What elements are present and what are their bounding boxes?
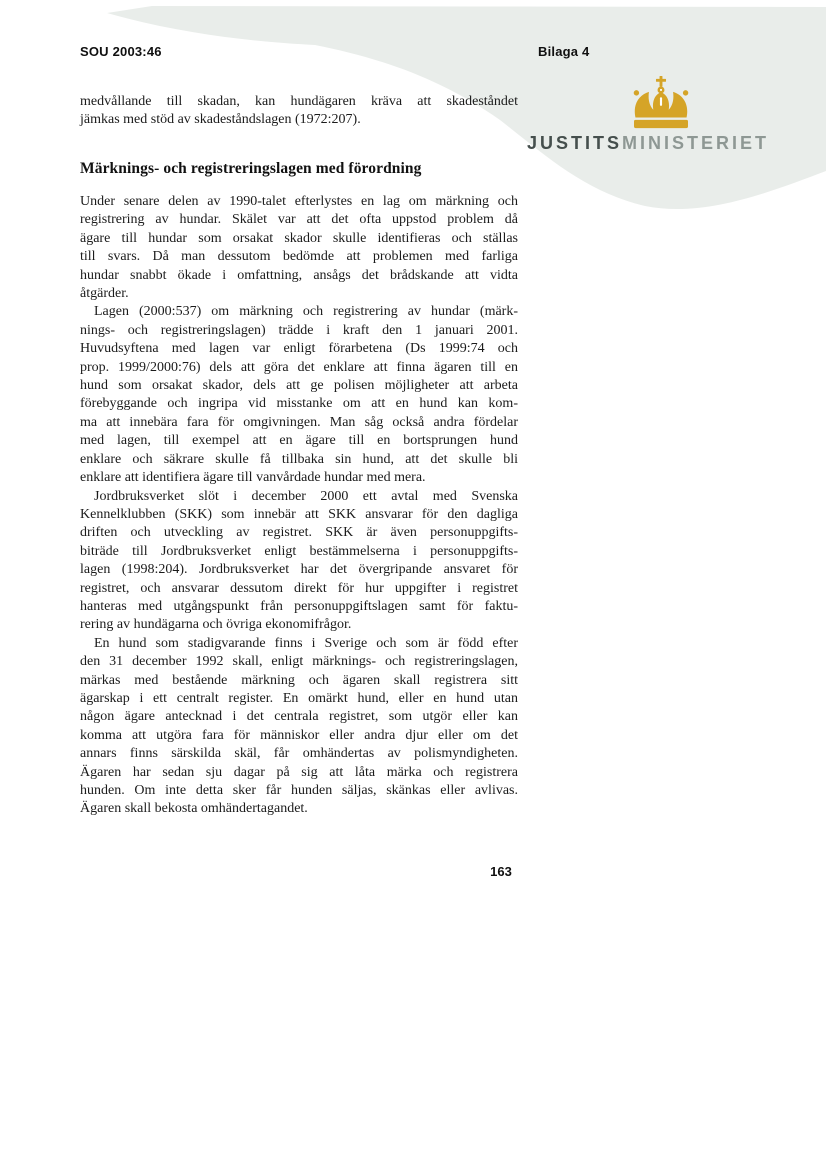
text-line: hundar snabbt ökade i omfattning, ansågs…: [80, 267, 518, 285]
text-line: nings- och registreringslagen) trädde i …: [80, 322, 518, 340]
text-line: ägarskap i ett centralt register. En omä…: [80, 690, 518, 708]
text-line: lagen (1998:204). Jordbruksverket har de…: [80, 561, 518, 579]
text-line: Under senare delen av 1990-talet efterly…: [80, 193, 518, 211]
text-line: enklare och säkrare skulle få tillbaka s…: [80, 451, 518, 469]
text-line: enklare att identifiera ägare till vanvå…: [80, 469, 518, 487]
text-line: medvållande till skadan, kan hundägaren …: [80, 93, 518, 111]
text-line: registrering av hundar. Skälet var att d…: [80, 211, 518, 229]
text-line: Ägaren har sedan sju dagar på sig att lå…: [80, 764, 518, 782]
text-line: märkas med bestående märkning och ägaren…: [80, 672, 518, 690]
text-line: någon ägare antecknad i det centrala reg…: [80, 708, 518, 726]
text-line: Ägaren skall bekosta omhändertagandet.: [80, 800, 518, 818]
ministry-wordmark: JUSTITSMINISTERIET: [527, 132, 819, 154]
text-line: En hund som stadigvarande finns i Sverig…: [80, 635, 518, 653]
text-line: rering av hundägarna och övriga ekonomif…: [80, 616, 518, 634]
text-line: ägare till hundar som orsakat skador sku…: [80, 230, 518, 248]
text-line: Jordbruksverket slöt i december 2000 ett…: [80, 488, 518, 506]
document-page: SOU 2003:46 Bilaga 4 JUSTITSMINISTERIET …: [0, 0, 826, 1169]
section-heading: Märknings- och registreringslagen med fö…: [80, 160, 540, 178]
paragraph: Lagen (2000:537) om märkning och registr…: [80, 303, 518, 487]
text-line: jämkas med stöd av skadeståndslagen (197…: [80, 111, 518, 129]
intro-fragment-paragraph: medvållande till skadan, kan hundägaren …: [80, 93, 518, 130]
appendix-label: Bilaga 4: [538, 44, 589, 59]
paragraph: En hund som stadigvarande finns i Sverig…: [80, 635, 518, 819]
text-line: med lagen, till exempel att en ägare til…: [80, 432, 518, 450]
text-line: prop. 1999/2000:76) dels att göra det en…: [80, 359, 518, 377]
paragraph: Under senare delen av 1990-talet efterly…: [80, 193, 518, 303]
text-line: driften och utveckling av registret. SKK…: [80, 524, 518, 542]
ministry-wordmark-dark: JUSTITS: [527, 133, 622, 153]
text-line: Lagen (2000:537) om märkning och registr…: [80, 303, 518, 321]
paragraph: Jordbruksverket slöt i december 2000 ett…: [80, 488, 518, 635]
text-line: annars finns särskilda skäl, får omhände…: [80, 745, 518, 763]
crown-icon: [629, 76, 693, 130]
text-line: hunden. Om inte detta sker får hunden sä…: [80, 782, 518, 800]
text-line: den 31 december 1992 skall, enligt märkn…: [80, 653, 518, 671]
text-line: Huvudsyftena med lagen var enligt förarb…: [80, 340, 518, 358]
text-line: hanteras med utgångspunkt från personupp…: [80, 598, 518, 616]
text-line: till svars. Då man dessutom bedömde att …: [80, 248, 518, 266]
page-number: 163: [476, 864, 526, 879]
text-line: förebyggande och ingripa vid misstanke o…: [80, 395, 518, 413]
text-line: biträde till Jordbruksverket enligt best…: [80, 543, 518, 561]
ministry-wordmark-light: MINISTERIET: [622, 133, 769, 153]
text-line: komma att utgöra fara för människor elle…: [80, 727, 518, 745]
text-line: registret, och ansvarar dessutom direkt …: [80, 580, 518, 598]
document-reference: SOU 2003:46: [80, 44, 162, 59]
text-line: åtgärder.: [80, 285, 518, 303]
text-line: hund som orsakat skador, dels att ge pol…: [80, 377, 518, 395]
text-line: Kennelklubben (SKK) som innebär att SKK …: [80, 506, 518, 524]
text-line: ma att innebära fara för omgivningen. Ma…: [80, 414, 518, 432]
body-text: Under senare delen av 1990-talet efterly…: [80, 193, 518, 819]
